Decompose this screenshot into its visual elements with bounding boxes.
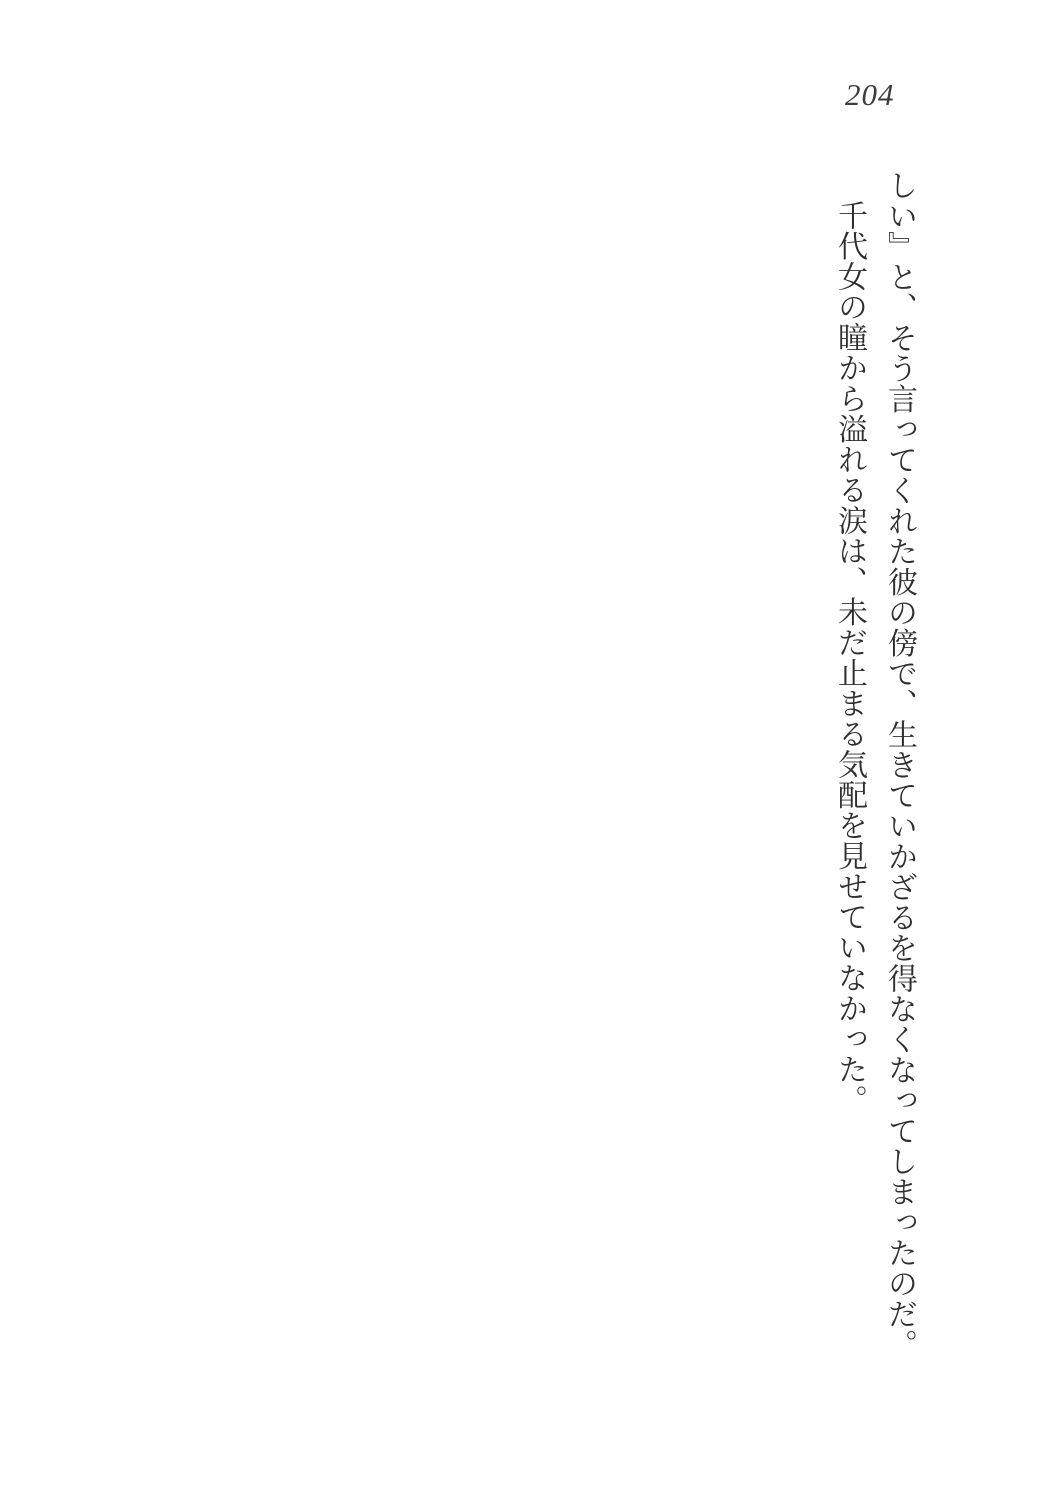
text-line-2: 千代女の瞳から溢れる涙は、未だ止まる気配を見せていなかった。 <box>824 170 874 1400</box>
page-number: 204 <box>845 78 895 112</box>
text-line-1: しい』と、そう言ってくれた彼の傍で、生きていかざるを得なくなってしまったのだ。 <box>874 170 924 1400</box>
body-text: しい』と、そう言ってくれた彼の傍で、生きていかざるを得なくなってしまったのだ。 … <box>824 170 924 1400</box>
book-page: 204 しい』と、そう言ってくれた彼の傍で、生きていかざるを得なくなってしまった… <box>0 0 1053 1500</box>
